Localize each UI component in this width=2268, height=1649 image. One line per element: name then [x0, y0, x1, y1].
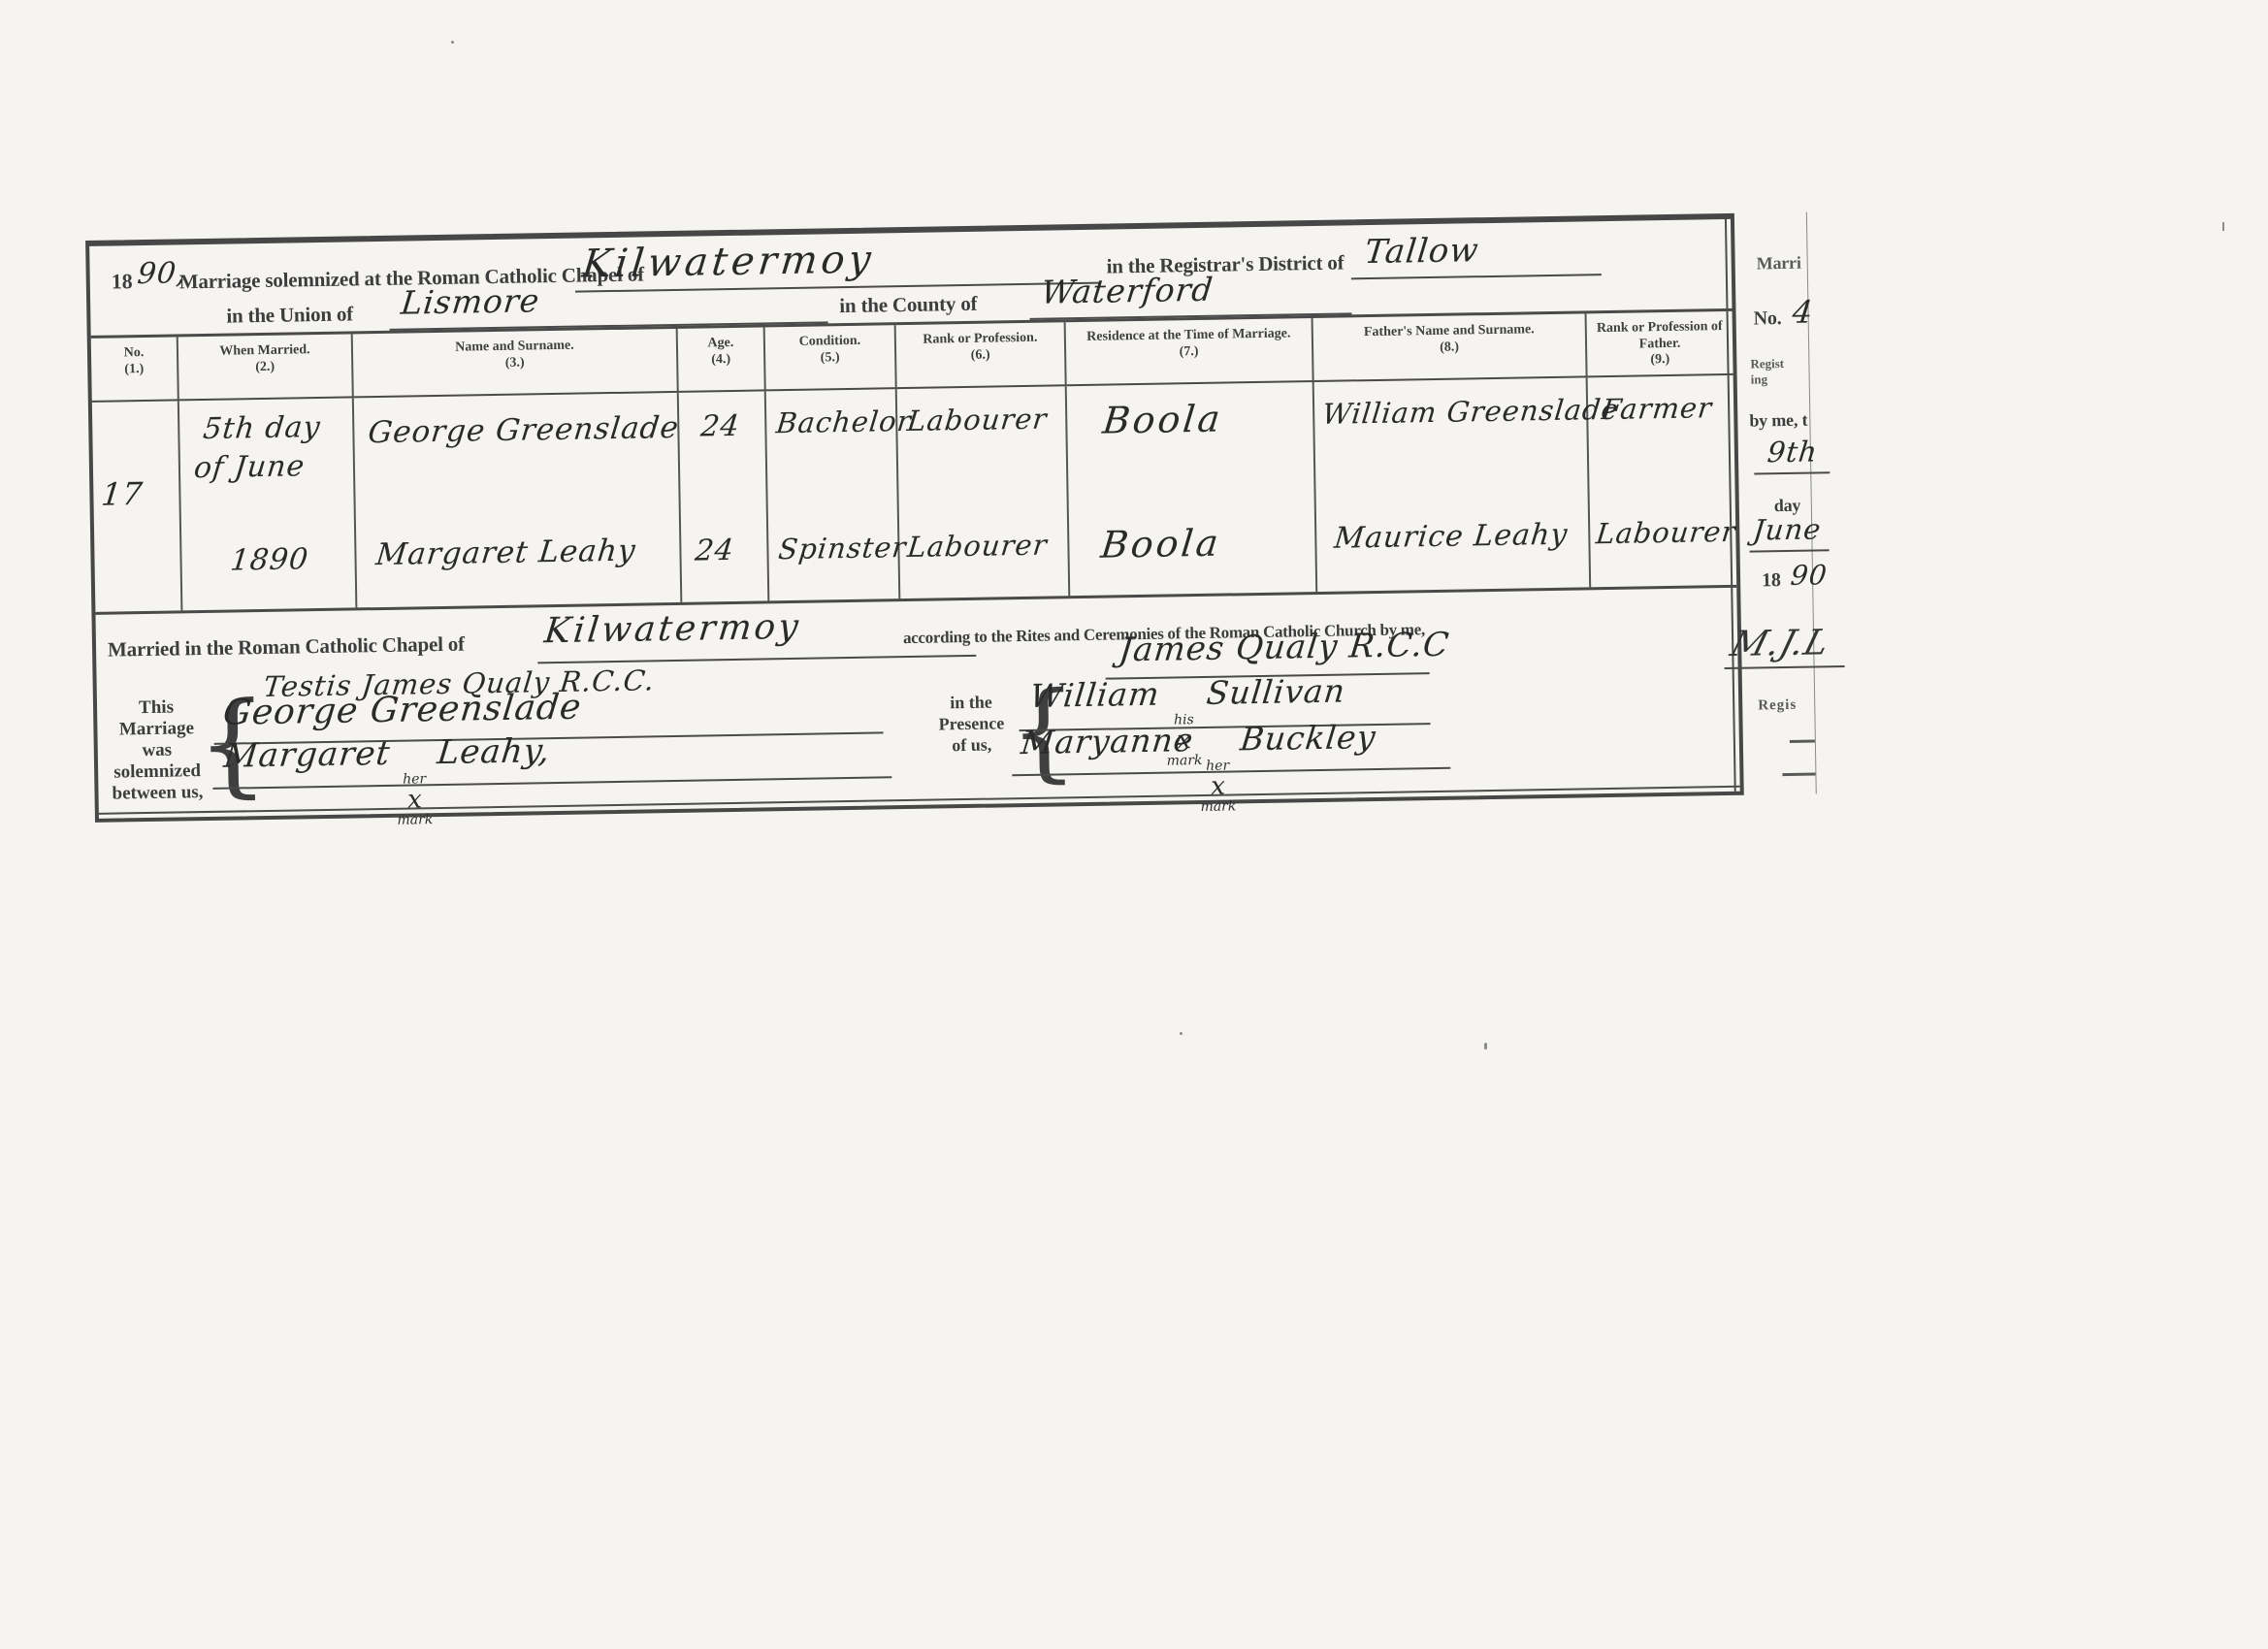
witness2-first: Maryanne	[1020, 721, 1196, 761]
header-district-handwritten: Tallow	[1363, 231, 1481, 272]
margin-month-handwritten: June	[1752, 512, 1824, 546]
column-header-rank: Rank or Profession.(6.)	[896, 322, 1067, 389]
column-header-age: Age.(4.)	[678, 327, 766, 392]
bride-name-handwritten: Margaret Leahy	[374, 533, 638, 573]
column-label: Age.	[707, 336, 733, 350]
groom-father-rank-handwritten: Farmer	[1600, 391, 1713, 426]
married-in-label: Married in the Roman Catholic Chapel of	[108, 632, 465, 663]
column-number: (7.)	[1069, 342, 1309, 363]
header-chapel-handwritten: Kilwatermoy	[580, 237, 877, 286]
scan-speck	[1484, 1043, 1487, 1050]
when-married-year: 1890	[229, 542, 310, 577]
cell-residence: Boola Boola	[1067, 382, 1318, 596]
when-married-line1: 5th day	[202, 410, 323, 446]
column-number: (3.)	[356, 352, 673, 373]
witness1-first: William	[1028, 675, 1162, 715]
column-header-no: No.(1.)	[91, 337, 179, 402]
column-header-father-name: Father's Name and Surname.(8.)	[1313, 313, 1588, 382]
this-marriage-label: This Marriage was solemnized between us,	[103, 696, 211, 805]
label-line: between us,	[104, 782, 211, 805]
column-header-when-married: When Married.(2.)	[178, 334, 354, 401]
cell-age: 24 24	[679, 391, 770, 601]
mark-word-bottom: mark	[1200, 799, 1236, 814]
header-union-handwritten: Lismore	[399, 281, 541, 321]
margin-year-handwritten: 90	[1789, 559, 1829, 592]
groom-age-handwritten: 24	[699, 409, 742, 444]
bride-residence-handwritten: Boola	[1099, 522, 1223, 566]
column-header-name-surname: Name and Surname.(3.)	[353, 329, 679, 399]
groom-name-handwritten: George Greenslade	[367, 410, 681, 450]
cell-father-name: William Greenslade Maurice Leahy	[1314, 377, 1592, 592]
margin-day-handwritten: 9th	[1766, 435, 1819, 469]
cell-name: George Greenslade Margaret Leahy	[354, 393, 683, 608]
column-number: (2.)	[181, 358, 348, 376]
column-number: (9.)	[1590, 351, 1730, 370]
header-year-printed: 18	[112, 269, 133, 294]
witness2-mark: herxmark	[1200, 759, 1237, 814]
cell-when-married: 5th day of June 1890	[179, 398, 358, 610]
fragment-line: ing	[1751, 372, 1785, 388]
witness1-last: Sullivan	[1205, 671, 1347, 711]
scan-speck	[451, 41, 454, 44]
column-header-residence: Residence at the Time of Marriage.(7.)	[1066, 318, 1314, 386]
groom-signature-row: George Greenslade	[223, 687, 582, 733]
margin-registrar-fragment: Regis	[1758, 697, 1797, 715]
scan-speck	[2222, 222, 2224, 231]
header-county-label: in the County of	[839, 292, 977, 318]
header-district-underline	[1351, 274, 1602, 279]
column-label: Father's Name and Surname.	[1364, 322, 1535, 339]
header-county-handwritten: Waterford	[1039, 271, 1215, 311]
mark-x: x	[1211, 773, 1225, 800]
witness2-signature-row: MaryanneherxmarkBuckley	[1021, 718, 1377, 817]
margin-year-printed: 18	[1762, 569, 1781, 592]
groom-rank-handwritten: Labourer	[906, 403, 1050, 437]
label-line: in the	[927, 691, 1015, 713]
margin-day-underline	[1754, 471, 1830, 474]
presence-label: in the Presence of us,	[927, 691, 1016, 756]
label-line: This Marriage	[103, 696, 211, 741]
mark-x: x	[407, 786, 422, 813]
column-label: Name and Surname.	[455, 339, 574, 355]
marriage-certificate: 18 90, Marriage solemnized at the Roman …	[85, 213, 1744, 823]
cell-rank: Labourer Labourer	[897, 386, 1071, 598]
label-line: solemnized	[104, 760, 211, 784]
registrar-signature-scribble: M.J.L	[1727, 623, 1834, 664]
column-label: Condition.	[799, 334, 861, 349]
column-number: (4.)	[681, 351, 761, 369]
bride-mark: herxmark	[397, 772, 434, 827]
label-line: was	[104, 739, 211, 762]
groom-residence-handwritten: Boola	[1101, 398, 1225, 442]
column-number: (6.)	[899, 346, 1061, 365]
column-number: (1.)	[94, 361, 174, 378]
margin-month-underline	[1750, 549, 1830, 552]
ceremony-chapel-handwritten: Kilwatermoy	[542, 607, 803, 651]
column-number: (5.)	[768, 349, 891, 368]
register-table: No.(1.) When Married.(2.) Name and Surna…	[91, 308, 1737, 615]
header-union-label: in the Union of	[226, 302, 353, 328]
bride-signature-last: Leahy,	[436, 731, 553, 772]
bride-rank-handwritten: Labourer	[906, 529, 1050, 564]
margin-dash	[1782, 773, 1815, 777]
column-header-condition: Condition.(5.)	[765, 325, 897, 391]
registrar-signature-underline	[1725, 665, 1845, 669]
column-header-father-rank: Rank or Profession of Father.(9.)	[1587, 311, 1733, 377]
bride-signature-first: Margaret	[222, 734, 393, 776]
margin-marriage-fragment: Marri	[1757, 253, 1801, 275]
bride-father-name-handwritten: Maurice Leahy	[1333, 518, 1570, 556]
ceremony-chapel-underline	[537, 655, 976, 663]
margin-registered-fragment: Regist ing	[1750, 356, 1784, 388]
certificate-scan: 18 90, Marriage solemnized at the Roman …	[85, 208, 1857, 877]
margin-dash	[1790, 740, 1815, 743]
bride-age-handwritten: 24	[694, 533, 736, 568]
bride-father-rank-handwritten: Labourer	[1595, 515, 1738, 550]
margin-by-me-fragment: by me, t	[1749, 410, 1807, 432]
margin-no-handwritten: 4	[1791, 293, 1815, 330]
column-label: Residence at the Time of Marriage.	[1086, 326, 1290, 343]
column-label: Rank or Profession of Father.	[1597, 319, 1723, 351]
cell-condition: Bachelor Spinster	[766, 389, 901, 600]
mark-word-bottom: mark	[397, 813, 433, 827]
scan-speck	[1180, 1032, 1183, 1035]
column-number: (8.)	[1316, 338, 1582, 358]
label-line: Presence	[927, 712, 1015, 734]
label-line: of us,	[928, 733, 1016, 756]
groom-signature: George Greenslade	[221, 688, 584, 733]
column-label: When Married.	[219, 342, 310, 359]
entry-number-handwritten: 17	[100, 475, 146, 513]
celebrant-signature-handwritten: James Qualy R.C.C	[1118, 626, 1452, 670]
column-label: Rank or Profession.	[923, 331, 1037, 347]
witness2-last: Buckley	[1239, 718, 1378, 758]
column-label: No.	[124, 345, 145, 360]
fragment-line: Regist	[1750, 356, 1784, 372]
groom-father-name-handwritten: William Greenslade	[1320, 393, 1620, 431]
cell-entry-no: 17	[92, 401, 183, 611]
bride-condition-handwritten: Spinster	[777, 531, 909, 566]
when-married-line2: of June	[192, 449, 307, 485]
bride-signature-row: MargaretherxmarkLeahy,	[224, 731, 552, 830]
margin-no-label: No.	[1753, 307, 1781, 330]
groom-condition-handwritten: Bachelor	[775, 404, 914, 439]
cell-father-rank: Farmer Labourer	[1588, 375, 1737, 587]
